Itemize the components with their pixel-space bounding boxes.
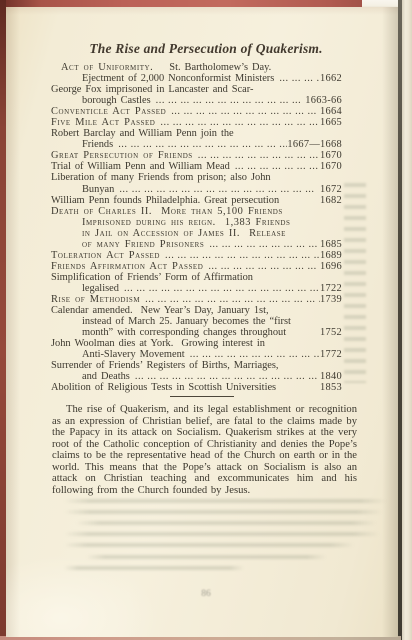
show-through-line [64, 566, 244, 570]
section-divider [170, 396, 234, 397]
timeline-line-text: in Jail on Accession of James II. Releas… [51, 228, 286, 239]
leader-dots: ... ... ... ... ... ... ... ... ... ... … [140, 294, 320, 305]
timeline-line: Five Mile Act Passed... ... ... ... ... … [51, 117, 342, 128]
timeline-line: Conventicle Act Passed... ... ... ... ..… [51, 106, 342, 117]
timeline-line-text: Rise of Methodism [51, 294, 140, 305]
timeline-line: Liberation of many Friends from prison; … [51, 172, 342, 183]
timeline-line-text: Trial of William Penn and William Mead [51, 161, 230, 172]
timeline-line: Abolition of Religious Tests in Scottish… [51, 382, 342, 393]
timeline-line: Surrender of Friends’ Registers of Birth… [51, 360, 342, 371]
timeline-line: Great Persecution of Friends... ... ... … [51, 150, 342, 161]
show-through-line [64, 510, 382, 514]
timeline-line: Robert Barclay and William Penn join the [51, 128, 342, 139]
timeline-line-text: of many Friend Prisoners [51, 239, 204, 250]
timeline-line: John Woolman dies at York. Growing inter… [51, 338, 342, 349]
timeline-line-text: Robert Barclay and William Penn join the [51, 128, 234, 139]
timeline-line-text: Ejectment of 2,000 Nonconformist Ministe… [51, 73, 274, 84]
leader-dots: ... ... ... ... ... ... ... ... ... ... … [193, 150, 320, 161]
timeline-line-text: Friends [51, 139, 113, 150]
timeline-line: Toleration Act Passed... ... ... ... ...… [51, 250, 342, 261]
timeline-line-text: borough Castles [51, 95, 151, 106]
timeline-line: legalised... ... ... ... ... ... ... ...… [51, 283, 342, 294]
show-through-line [64, 532, 379, 536]
timeline-line: Friends... ... ... ... ... ... ... ... .… [51, 139, 342, 150]
timeline-year: 1840 [320, 371, 342, 382]
body-paragraph: The rise of Quakerism, and its legal est… [52, 404, 357, 496]
timeline-line: Calendar amended. New Year’s Day, Januar… [51, 305, 342, 316]
timeline-line: Friends Affirmation Act Passed... ... ..… [51, 261, 342, 272]
leader-dots: ... ... ... ... ... ... ... ... ... ... … [151, 95, 306, 106]
timeline-year: 1670 [320, 161, 342, 172]
leader-dots: ... ... ... ... ... ... ... ... ... ... … [113, 139, 287, 150]
leader-dots: ... ... ... ... ... ... ... ... ... ... … [203, 261, 320, 272]
page-number: 86 [176, 589, 236, 599]
leader-dots: ... ... ... ... ... ... ... ... ... ... … [119, 283, 320, 294]
timeline-line-text: month” with corresponding changes throug… [51, 327, 286, 338]
page-edge-shadow [398, 0, 402, 640]
timeline-line-text: Liberation of many Friends from prison; … [51, 172, 271, 183]
timeline-line-text: Imprisoned during his reign. 1,383 Frien… [51, 217, 290, 228]
timeline-line: George Fox imprisoned in Lancaster and S… [51, 84, 342, 95]
timeline-line: in Jail on Accession of James II. Releas… [51, 228, 342, 239]
page-title: The Rise and Persecution of Quakerism. [56, 41, 356, 57]
timeline-line-text: Great Persecution of Friends [51, 150, 193, 161]
timeline-line: of many Friend Prisoners... ... ... ... … [51, 239, 342, 250]
timeline-year: 1662 [320, 73, 342, 84]
timeline-year: 1689 [320, 250, 342, 261]
timeline-line: William Penn founds Philadelphia. Great … [51, 195, 342, 206]
leader-dots: ... ... ... ... ... ... ... ... ... ... … [230, 161, 320, 172]
timeline-line: Imprisoned during his reign. 1,383 Frien… [51, 217, 342, 228]
timeline-line-text: William Penn founds Philadelphia. Great … [51, 195, 279, 206]
timeline-list: Act of Uniformity. St. Bartholomew’s Day… [51, 62, 342, 393]
timeline-year: 1772 [320, 349, 342, 360]
timeline-line: instead of March 25. January becomes the… [51, 316, 342, 327]
timeline-year: 1672 [320, 184, 342, 195]
leader-dots: ... ... ... ... ... ... ... ... ... ... … [166, 106, 320, 117]
timeline-line: Rise of Methodism... ... ... ... ... ...… [51, 294, 342, 305]
timeline-line-text: legalised [51, 283, 119, 294]
timeline-line-text: instead of March 25. January becomes the… [51, 316, 291, 327]
timeline-line: and Deaths... ... ... ... ... ... ... ..… [51, 371, 342, 382]
timeline-line-text: Five Mile Act Passed [51, 117, 155, 128]
timeline-line: Anti-Slavery Movement... ... ... ... ...… [51, 349, 342, 360]
timeline-line-text: George Fox imprisoned in Lancaster and S… [51, 84, 253, 95]
timeline-year: 1663-66 [305, 95, 342, 106]
timeline-line-text: Abolition of Religious Tests in Scottish… [51, 382, 276, 393]
timeline-line-text: John Woolman dies at York. Growing inter… [51, 338, 265, 349]
leader-dots: ... ... ... ... ... ... ... ... ... ... … [155, 117, 320, 128]
timeline-line-text: and Deaths [51, 371, 130, 382]
timeline-year: 1667—1668 [287, 139, 342, 150]
timeline-line-text: Toleration Act Passed [51, 250, 160, 261]
timeline-year: 1752 [320, 327, 342, 338]
timeline-line: Ejectment of 2,000 Nonconformist Ministe… [51, 73, 342, 84]
timeline-line: month” with corresponding changes throug… [51, 327, 342, 338]
timeline-line-text: Act of Uniformity. St. Bartholomew’s Day… [51, 62, 271, 73]
timeline-year: 1696 [320, 261, 342, 272]
show-through-line [86, 555, 326, 559]
leader-dots: ... ... ... ... ... ... ... ... ... ... … [130, 371, 320, 382]
timeline-year: 1664 [320, 106, 342, 117]
show-through-line [64, 543, 354, 547]
leader-dots: ... ... ... ... ... ... ... ... ... ... … [274, 73, 320, 84]
timeline-year: 1670 [320, 150, 342, 161]
timeline-year: 1665 [320, 117, 342, 128]
timeline-year: 1685 [320, 239, 342, 250]
timeline-line: borough Castles... ... ... ... ... ... .… [51, 95, 342, 106]
timeline-line: Bunyan... ... ... ... ... ... ... ... ..… [51, 184, 342, 195]
show-through-right-margin [344, 183, 366, 383]
page-stack-edge [402, 0, 412, 640]
leader-dots: ... ... ... ... ... ... ... ... ... ... … [204, 239, 320, 250]
timeline-line-text: Conventicle Act Passed [51, 106, 166, 117]
timeline-line-text: Simplification of Friends’ Form of Affir… [51, 272, 253, 283]
timeline-line-text: Surrender of Friends’ Registers of Birth… [51, 360, 279, 371]
timeline-year: 1722 [320, 283, 342, 294]
page-paper: The Rise and Persecution of Quakerism. A… [6, 7, 398, 637]
timeline-line: Trial of William Penn and William Mead..… [51, 161, 342, 172]
timeline-line-text: Death of Charles II. More than 5,100 Fri… [51, 206, 283, 217]
timeline-line-text: Calendar amended. New Year’s Day, Januar… [51, 305, 269, 316]
leader-dots: ... ... ... ... ... ... ... ... ... ... … [114, 184, 320, 195]
scanned-book-page: The Rise and Persecution of Quakerism. A… [0, 0, 412, 640]
show-through-line [64, 499, 386, 503]
scan-top-edge [0, 0, 412, 7]
timeline-year: 1739 [320, 294, 342, 305]
show-through-line [76, 521, 376, 525]
timeline-line: Death of Charles II. More than 5,100 Fri… [51, 206, 342, 217]
timeline-year: 1853 [320, 382, 342, 393]
timeline-line-text: Friends Affirmation Act Passed [51, 261, 203, 272]
timeline-line-text: Bunyan [51, 184, 114, 195]
timeline-year: 1682 [320, 195, 342, 206]
timeline-line: Act of Uniformity. St. Bartholomew’s Day… [51, 62, 342, 73]
leader-dots: ... ... ... ... ... ... ... ... ... ... … [185, 349, 320, 360]
timeline-line-text: Anti-Slavery Movement [51, 349, 185, 360]
leader-dots: ... ... ... ... ... ... ... ... ... ... … [160, 250, 320, 261]
timeline-line: Simplification of Friends’ Form of Affir… [51, 272, 342, 283]
